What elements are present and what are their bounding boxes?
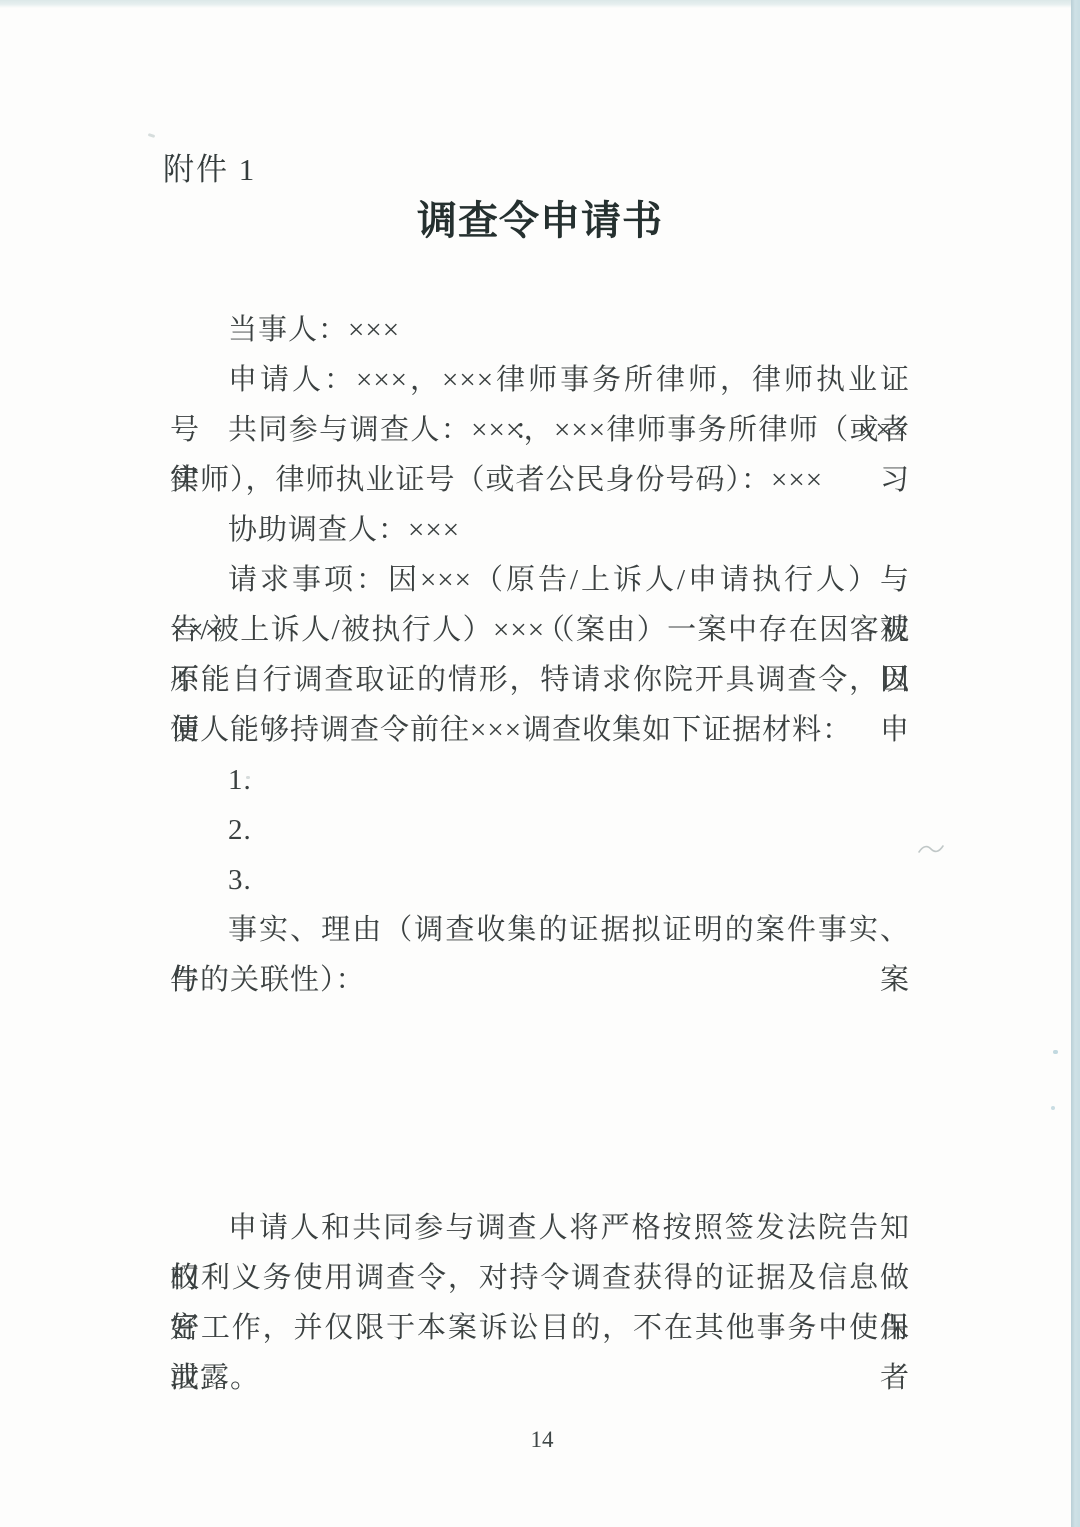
document-line: 请求事项：因×××（原告/上诉人/申请执行人）与×××（被 <box>170 555 910 605</box>
document-line: 律师），律师执业证号（或者公民身份号码）：××× <box>170 455 910 505</box>
closing-paragraph-block: 申请人和共同参与调查人将严格按照签发法院告知的权利义务使用调查令，对持令调查获得… <box>170 1203 910 1403</box>
page-number: 14 <box>0 1424 1080 1456</box>
document-line: 告/被上诉人/被执行人）×××（案由）一案中存在因客观原因 <box>170 605 910 655</box>
document-line: 1. <box>170 755 910 805</box>
scan-smudge <box>917 841 945 855</box>
page-title: 调查令申请书 <box>170 192 910 250</box>
scan-speck <box>246 776 250 779</box>
document-line: 协助调查人：××× <box>170 505 910 555</box>
scan-edge-top <box>0 0 1080 8</box>
document-line: 当事人：××× <box>170 305 910 355</box>
attachment-label: 附件 1 <box>163 148 256 192</box>
document-line: 权利义务使用调查令，对持令调查获得的证据及信息做好保 <box>170 1253 910 1303</box>
scan-edge-right <box>1071 0 1080 1527</box>
document-line: 请人能够持调查令前往×××调查收集如下证据材料： <box>170 705 910 755</box>
document-line: 3. <box>170 855 910 905</box>
document-line: 2. <box>170 805 910 855</box>
document-line: 申请人：×××，×××律师事务所律师，律师执业证号：××× <box>170 355 910 405</box>
scan-speck <box>1053 1050 1058 1054</box>
document-line: 事实、理由（调查收集的证据拟证明的案件事实、与案 <box>170 905 910 955</box>
document-line: 不能自行调查取证的情形，特请求你院开具调查令，以便申 <box>170 655 910 705</box>
scan-speck <box>148 133 156 138</box>
document-line: 申请人和共同参与调查人将严格按照签发法院告知的 <box>170 1203 910 1253</box>
scan-speck <box>1051 1106 1055 1110</box>
document-line: 共同参与调查人：×××，×××律师事务所律师（或者实习 <box>170 405 910 455</box>
body-text-block: 当事人：×××申请人：×××，×××律师事务所律师，律师执业证号：×××共同参与… <box>170 305 910 1005</box>
scanned-document-page: { "document": { "attachment_label": "附件 … <box>0 0 1080 1527</box>
document-line: 密工作，并仅限于本案诉讼目的，不在其他事务中使用或者 <box>170 1303 910 1353</box>
